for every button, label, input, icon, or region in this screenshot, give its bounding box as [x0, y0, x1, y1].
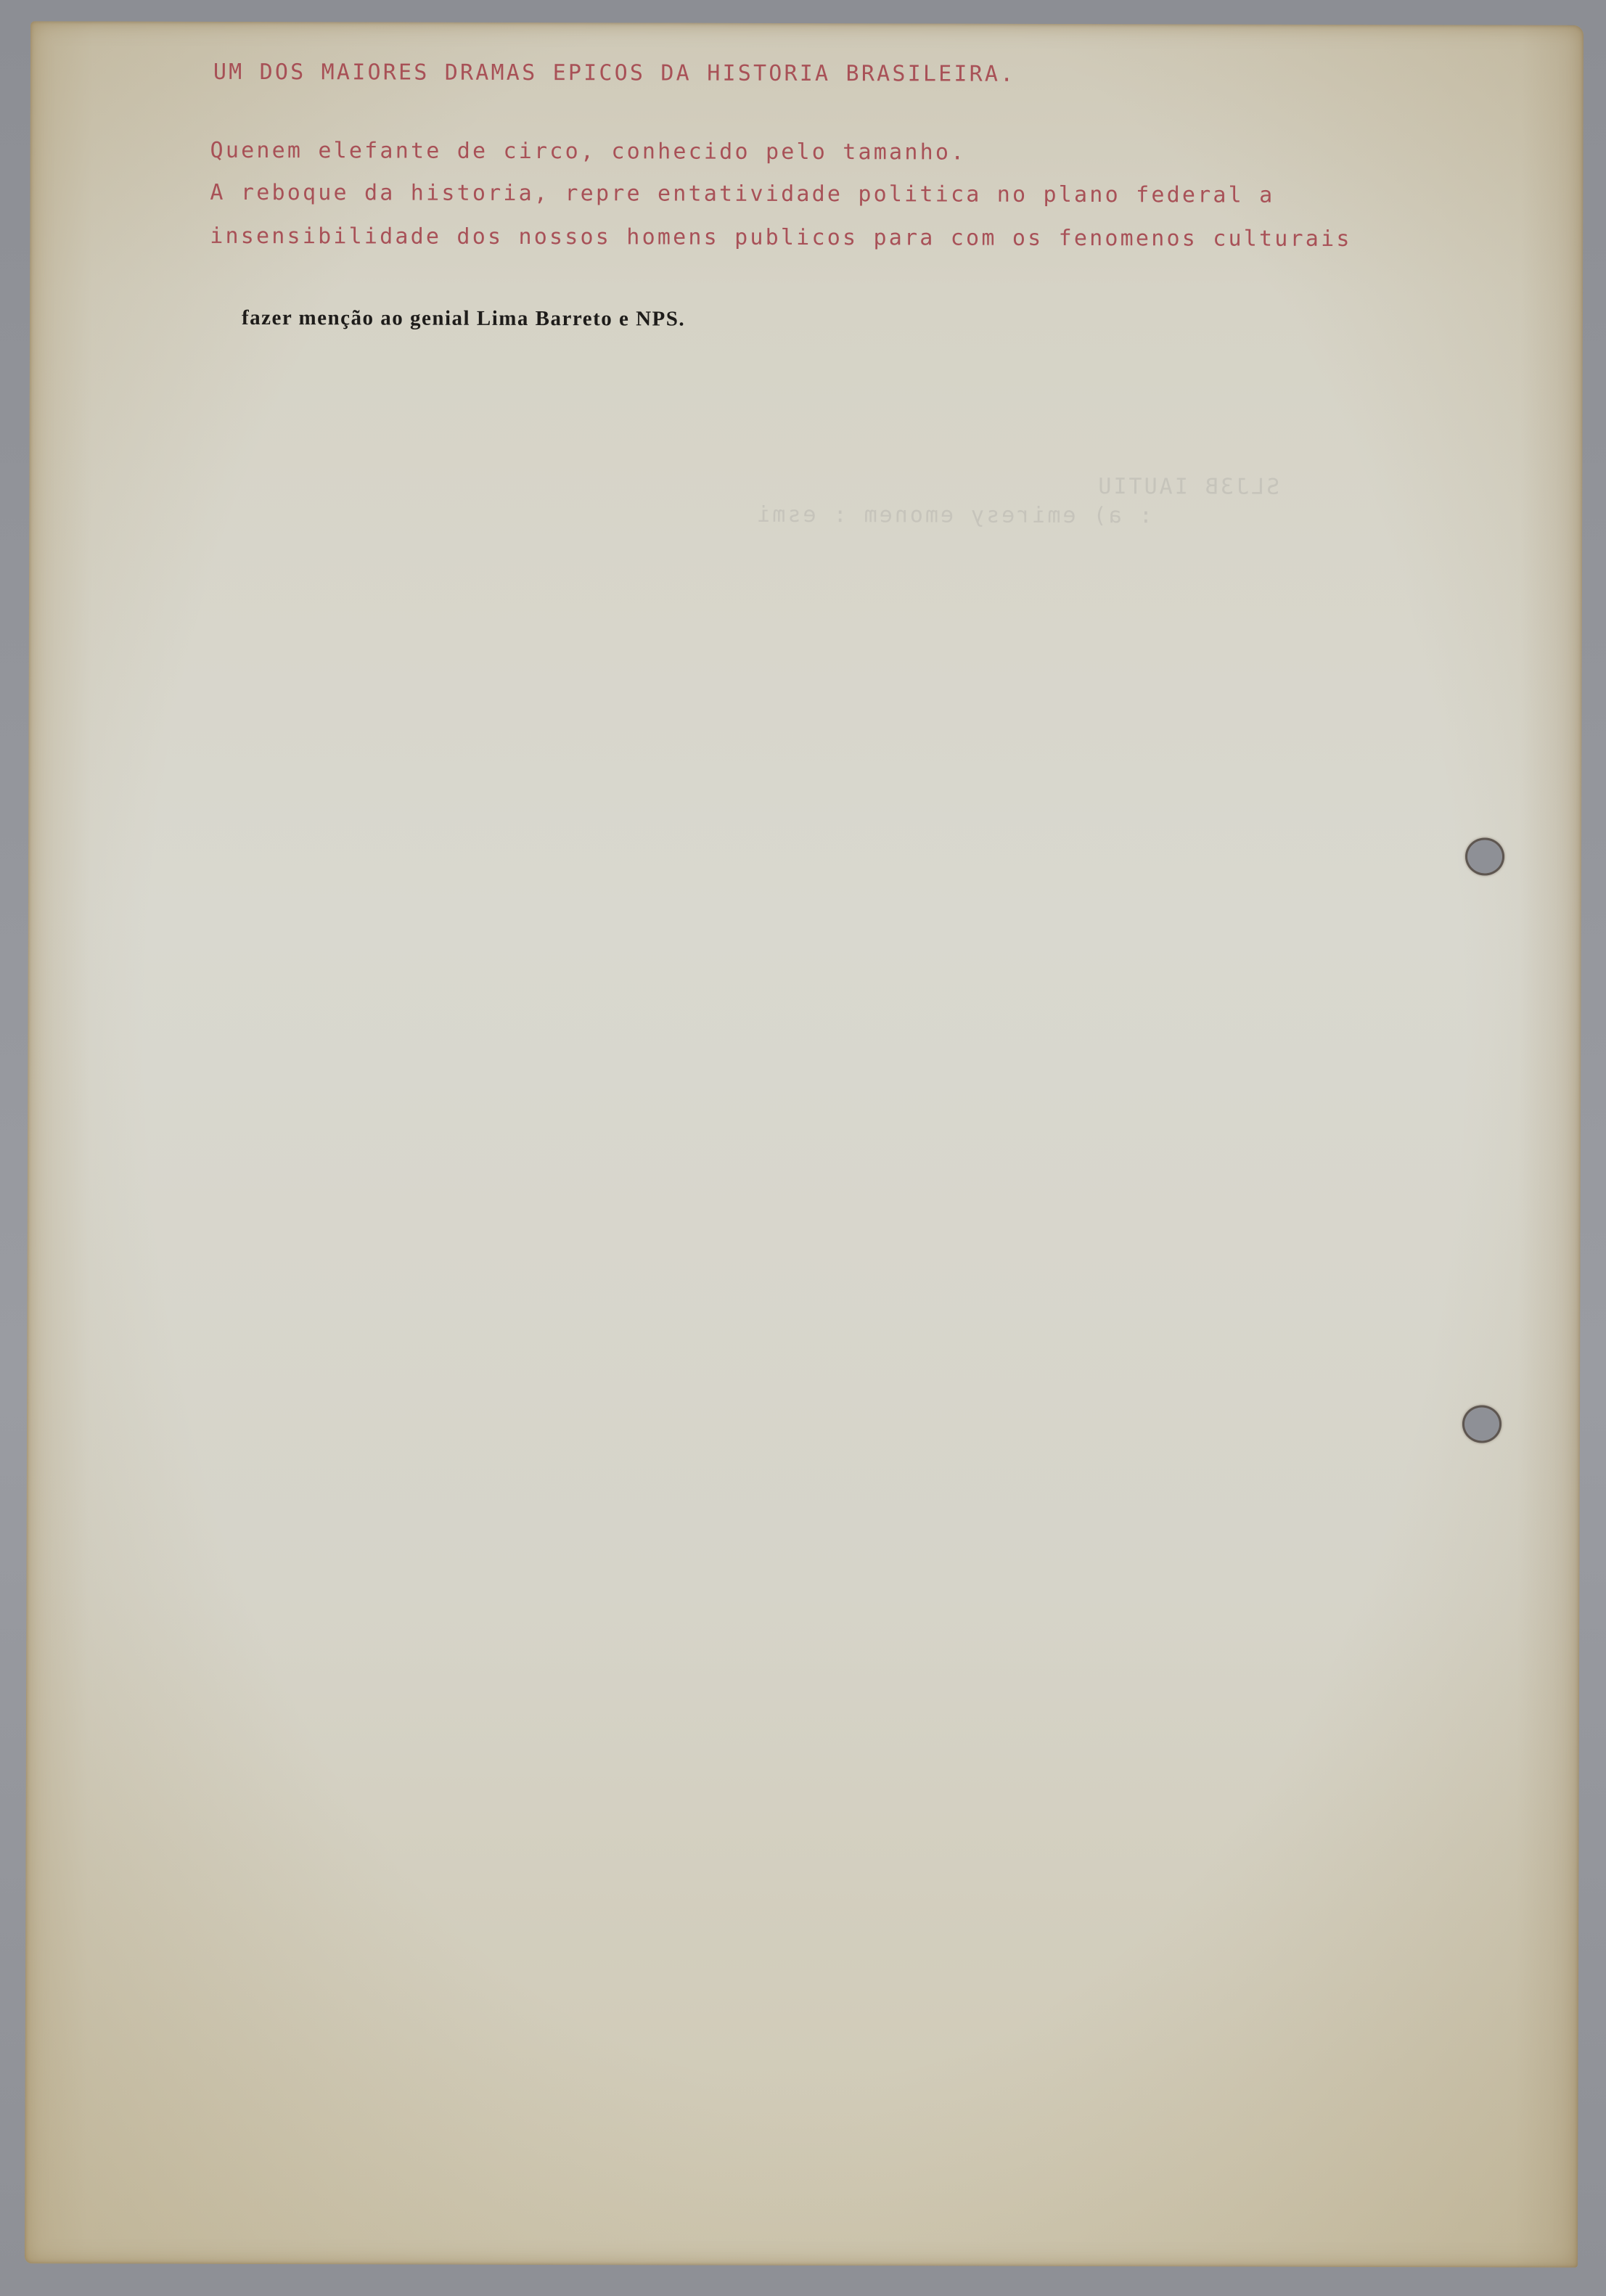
typed-line-1: Quenem elefante de circo, conhecido pelo… [210, 138, 967, 165]
typed-note: fazer menção ao genial Lima Barreto e NP… [242, 306, 685, 332]
punch-hole-icon [1465, 837, 1504, 875]
punch-hole-icon [1462, 1405, 1501, 1443]
bleed-through-text: SLJ3B IAUTIU [1096, 474, 1279, 500]
paper-sheet: SLJ3B IAUTIU : a) emiresy emonem : esmi … [25, 21, 1584, 2268]
typed-line-2: A reboque da historia, repre entatividad… [210, 180, 1274, 208]
document-heading: UM DOS MAIORES DRAMAS EPICOS DA HISTORIA… [213, 60, 1016, 87]
typed-line-3: insensibilidade dos nossos homens public… [210, 224, 1351, 252]
bleed-through-text: : a) emiresy emonem : esmi [755, 502, 1152, 528]
